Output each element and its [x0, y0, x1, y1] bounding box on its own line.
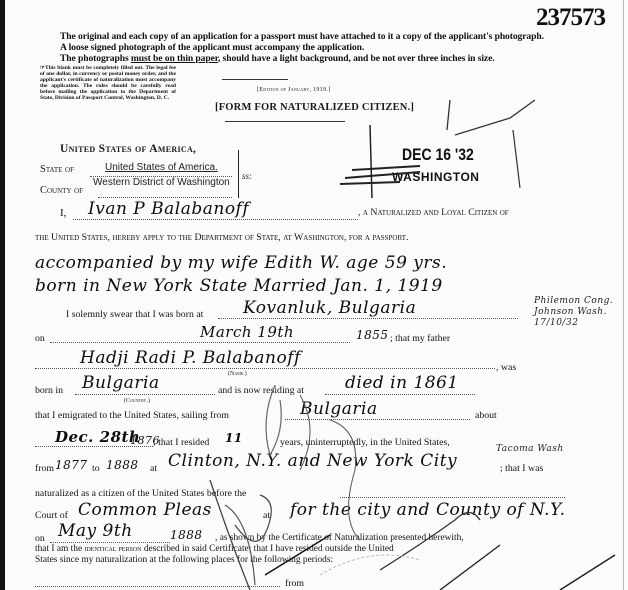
to-year: 1888 [106, 458, 139, 472]
port-line [285, 419, 470, 420]
state-value: United States of America. [105, 162, 218, 173]
that-i-was-label: ; that I was [500, 463, 543, 474]
serial-number: 237573 [536, 4, 605, 32]
form-title: [FORM FOR NATURALIZED CITIZEN.] [215, 102, 414, 113]
from-label: from [35, 463, 54, 474]
birth-place-line [218, 318, 518, 319]
naturalization-year: 1888 [170, 528, 203, 542]
accompanied-line-2: born in New York State Married Jan. 1, 1… [35, 276, 443, 296]
notice-underlined: must be on thin paper [131, 53, 218, 64]
naturalized-label: naturalized as a citizen of the United S… [35, 488, 246, 499]
notice-text: The photographs [60, 53, 131, 64]
abroad-from-label: from [285, 578, 304, 589]
ss-label: ss: [242, 171, 252, 181]
country-caption: (Country.) [124, 398, 150, 404]
was-label: , was [496, 362, 516, 373]
father-country-line [75, 394, 215, 395]
birth-year: 1855 [356, 328, 389, 342]
emigration-label: that I emigrated to the United States, s… [35, 410, 229, 421]
name-caption: (Name.) [228, 371, 247, 377]
margin-note-birth: Philemon Cong. Johnson Wash. 17/10/32 [534, 296, 624, 329]
about-label: about [475, 410, 497, 421]
father-label: ; that my father [390, 333, 450, 344]
court-location: for the city and County of N.Y. [290, 500, 566, 520]
photo-notice-line-2: A loose signed photograph of the applica… [60, 42, 364, 53]
passport-application-page: 237573 The original and each copy of an … [0, 0, 628, 590]
notice-text: , should have a light background, and be… [218, 53, 495, 64]
father-residence-line [325, 394, 475, 395]
father-name: Hadji Radi P. Balabanoff [80, 348, 301, 368]
identical-person-text: that I am the identical person described… [35, 544, 394, 554]
applicant-prefix: I, [60, 207, 66, 219]
naturalization-date: May 9th [58, 521, 133, 541]
apply-line: the United States, hereby apply to the D… [35, 232, 408, 243]
applicant-name: Ivan P Balabanoff [88, 199, 249, 219]
margin-note-residence: Tacoma Wash [496, 444, 564, 454]
court-label: Court of [35, 510, 68, 521]
county-value: Western District of Washington [93, 177, 230, 188]
emigration-port: Bulgaria [300, 399, 378, 419]
venue-brace [234, 150, 239, 198]
received-stamp-city: WASHINGTON [392, 170, 479, 184]
naturalization-date-line [50, 542, 170, 543]
photo-notice-line-3: The photographs must be on thin paper, s… [60, 53, 495, 64]
born-in-label: born in [35, 385, 63, 396]
father-name-line [35, 368, 495, 369]
divider [225, 121, 345, 122]
resided-label: ; that I resided [153, 437, 209, 448]
edition-label: [Edition of January, 1919.] [257, 87, 330, 93]
emigration-date: Dec. 28th [55, 428, 140, 446]
at-label: at [150, 463, 157, 474]
court-name: Common Pleas [78, 500, 212, 520]
instructions-block: ☞This blank must be completely filled ou… [40, 65, 176, 102]
abroad-place-line [35, 586, 280, 587]
certificate-text: , as shown by the Certificate of Natural… [215, 533, 464, 543]
birth-date: March 19th [200, 323, 294, 341]
residence-abroad-text: States since my naturalization at the fo… [35, 555, 333, 565]
court-at-label: at [263, 510, 270, 521]
applicant-name-line [73, 219, 358, 220]
page-edge [623, 0, 624, 590]
birth-on-label: on [35, 333, 45, 344]
state-label: State of [40, 164, 74, 175]
father-residence: died in 1861 [345, 373, 459, 393]
identical-person-emphasis: identical person [84, 544, 141, 553]
years-resided: 11 [225, 431, 243, 445]
photo-notice-line-1: The original and each copy of an applica… [60, 31, 544, 42]
apply-text: the United States, hereby apply to the D… [35, 232, 408, 243]
scan-border [0, 0, 5, 590]
county-label: County of [40, 185, 83, 196]
divider [222, 79, 288, 80]
to-label: to [92, 463, 100, 474]
identical-text: described in said Certificate; that I ha… [141, 544, 393, 554]
naturalization-on-label: on [35, 533, 45, 544]
county-field-line [98, 197, 232, 198]
birth-label: I solemnly swear that I was born at [66, 309, 203, 320]
citizen-text: , a Naturalized and Loyal Citizen of [358, 207, 509, 218]
residing-label: and is now residing at [218, 385, 304, 396]
residence-places: Clinton, N.Y. and New York City [168, 451, 457, 471]
birth-place: Kovanluk, Bulgaria [243, 298, 416, 318]
from-year: 1877 [55, 458, 88, 472]
court-line [340, 497, 565, 498]
years-label: years, uninterruptedly, in the United St… [280, 437, 450, 448]
identical-text: that I am the [35, 544, 84, 554]
country-heading: United States of America, [60, 143, 196, 155]
accompanied-line-1: accompanied by my wife Edith W. age 59 y… [35, 253, 447, 273]
father-country: Bulgaria [82, 373, 160, 393]
birth-date-line [50, 342, 350, 343]
received-stamp-date: DEC 16 '32 [402, 144, 474, 163]
